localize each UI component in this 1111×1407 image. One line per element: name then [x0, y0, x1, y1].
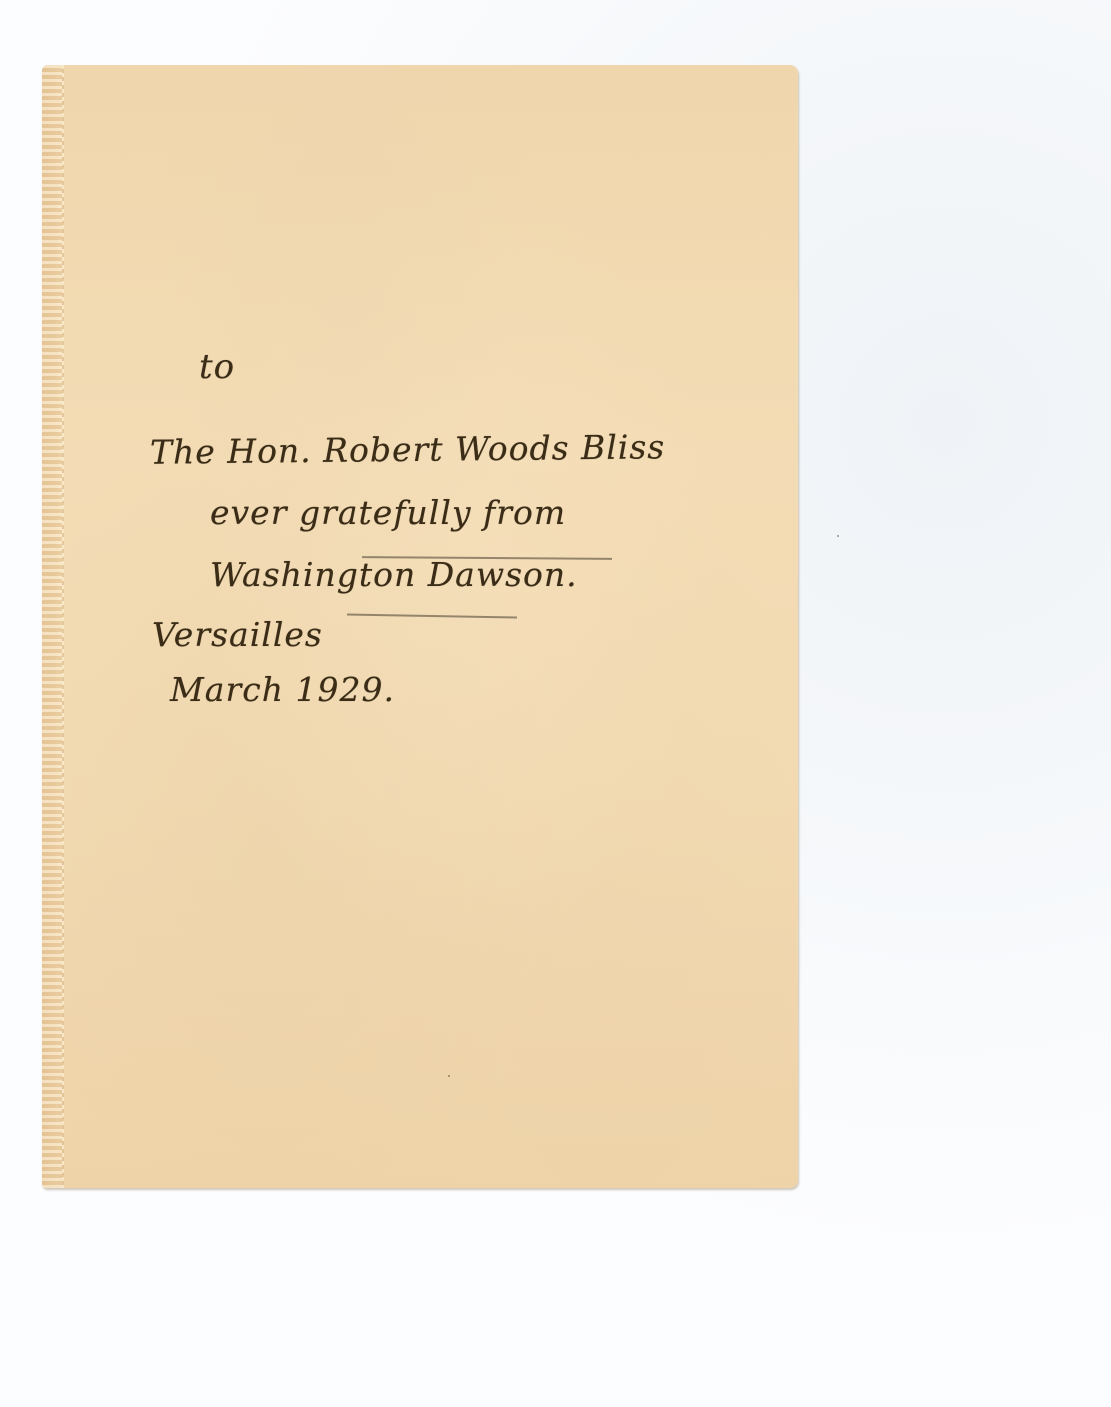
inscription-recipient: The Hon. Robert Woods Bliss [150, 427, 666, 471]
paper-page: to The Hon. Robert Woods Bliss ever grat… [42, 65, 798, 1188]
inscription-place: Versailles [152, 615, 323, 654]
inscription-date: March 1929. [170, 670, 395, 709]
handwritten-inscription: to The Hon. Robert Woods Bliss ever grat… [42, 65, 798, 1188]
paper-speck [448, 1075, 450, 1077]
inscription-sentiment: ever gratefully from [210, 493, 566, 532]
paper-speck [837, 535, 839, 537]
inscription-signature: Washington Dawson. [210, 555, 578, 594]
inscription-salutation: to [199, 347, 235, 387]
pen-stroke-overline [347, 614, 517, 618]
